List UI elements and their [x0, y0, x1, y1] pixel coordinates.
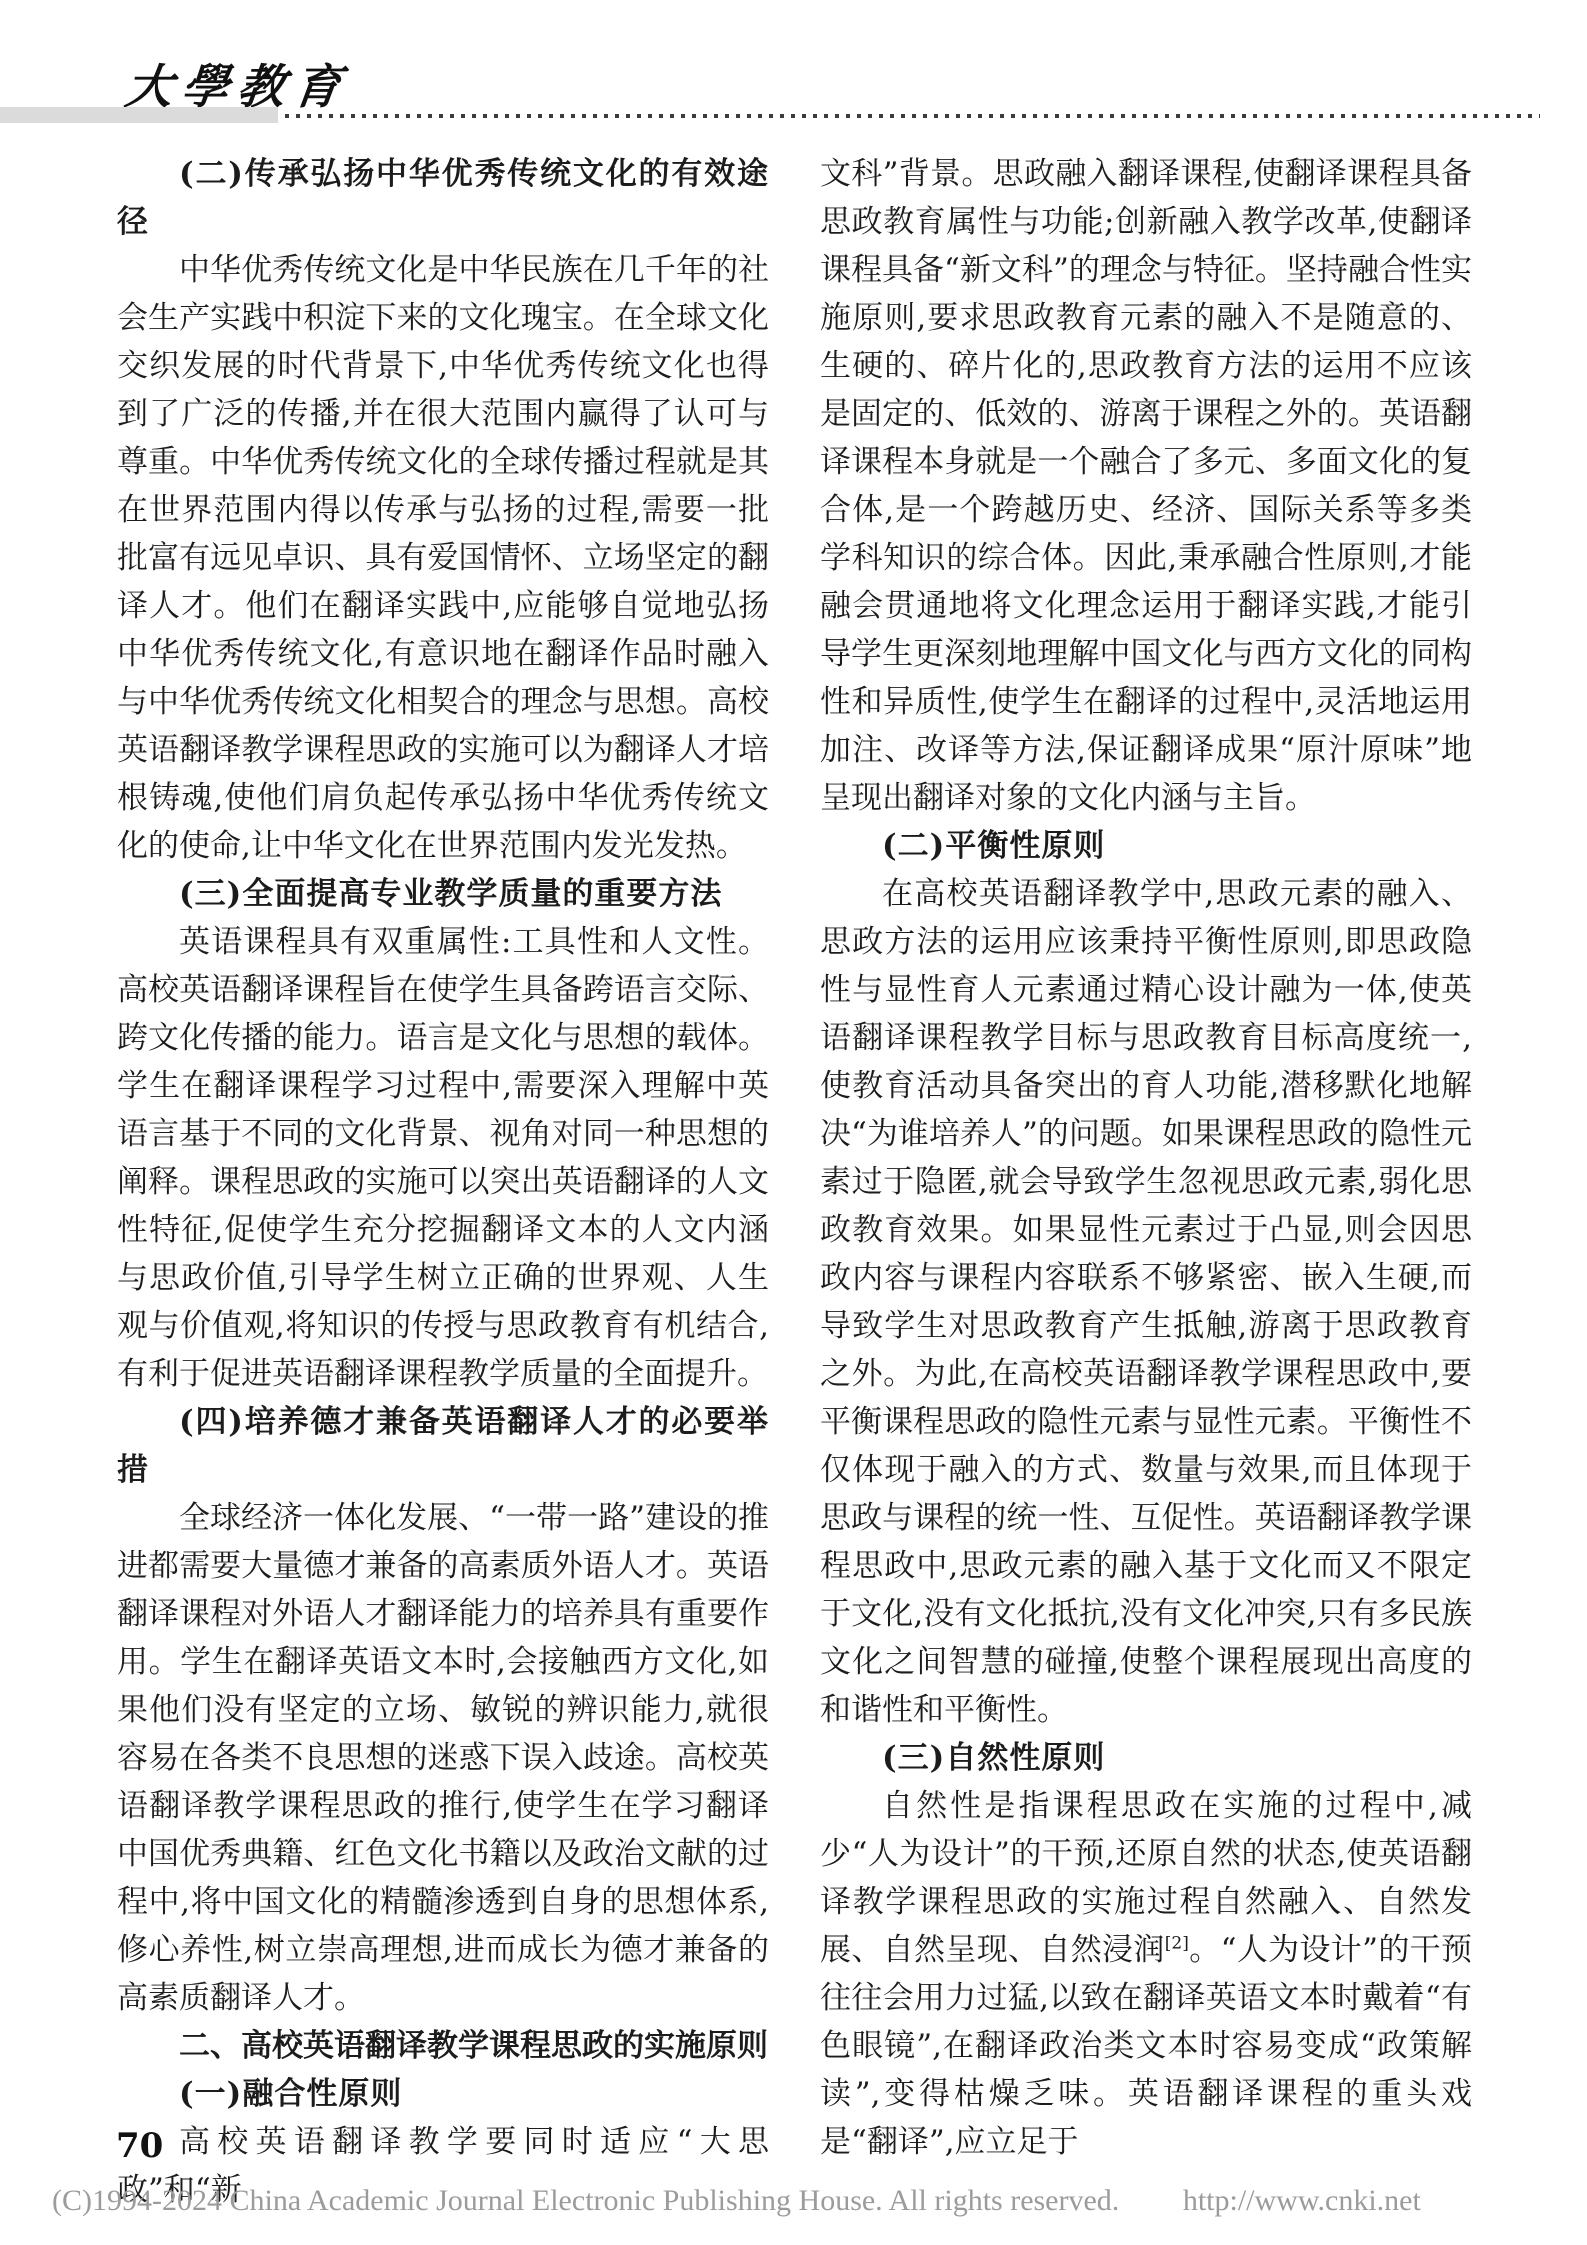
body-paragraph: 全球经济一体化发展、“一带一路”建设的推进都需要大量德才兼备的高素质外语人才。英…: [117, 1494, 769, 2022]
header-gray-bar: [0, 107, 278, 123]
body-paragraph: 英语课程具有双重属性:工具性和人文性。高校英语翻译课程旨在使学生具备跨语言交际、…: [117, 918, 769, 1398]
subsection-heading: (二)传承弘扬中华优秀传统文化的有效途径: [117, 150, 769, 246]
header-divider-dotted: [285, 114, 1540, 118]
subsection-heading: (四)培养德才兼备英语翻译人才的必要举措: [117, 1398, 769, 1494]
copyright-text: (C)1994-2024 China Academic Journal Elec…: [52, 2184, 1119, 2217]
right-column: 文科”背景。思政融入翻译课程,使翻译课程具备思政教育属性与功能;创新融入教学改革…: [820, 150, 1472, 2214]
copyright-line: (C)1994-2024 China Academic Journal Elec…: [52, 2184, 1421, 2218]
article-body: (二)传承弘扬中华优秀传统文化的有效途径中华优秀传统文化是中华民族在几千年的社会…: [117, 150, 1472, 2214]
subsection-heading: (一)融合性原则: [117, 2070, 769, 2118]
left-column: (二)传承弘扬中华优秀传统文化的有效途径中华优秀传统文化是中华民族在几千年的社会…: [117, 150, 769, 2214]
subsection-heading: (三)全面提高专业教学质量的重要方法: [117, 870, 769, 918]
page-number: 70: [116, 2126, 163, 2166]
body-paragraph-continued: 文科”背景。思政融入翻译课程,使翻译课程具备思政教育属性与功能;创新融入教学改革…: [820, 150, 1472, 822]
body-paragraph: 自然性是指课程思政在实施的过程中,减少“人为设计”的干预,还原自然的状态,使英语…: [820, 1782, 1472, 2166]
body-paragraph: 在高校英语翻译教学中,思政元素的融入、思政方法的运用应该秉持平衡性原则,即思政隐…: [820, 870, 1472, 1734]
subsection-heading: (二)平衡性原则: [820, 822, 1472, 870]
scanned-paper-page: 大學教育 (二)传承弘扬中华优秀传统文化的有效途径中华优秀传统文化是中华民族在几…: [0, 0, 1587, 2245]
subsection-heading: (三)自然性原则: [820, 1734, 1472, 1782]
cnki-url: http://www.cnki.net: [1183, 2184, 1421, 2217]
reference-marker: [2]: [1165, 1934, 1189, 1954]
section-heading: 二、高校英语翻译教学课程思政的实施原则: [117, 2022, 769, 2070]
body-paragraph: 中华优秀传统文化是中华民族在几千年的社会生产实践中积淀下来的文化瑰宝。在全球文化…: [117, 246, 769, 870]
